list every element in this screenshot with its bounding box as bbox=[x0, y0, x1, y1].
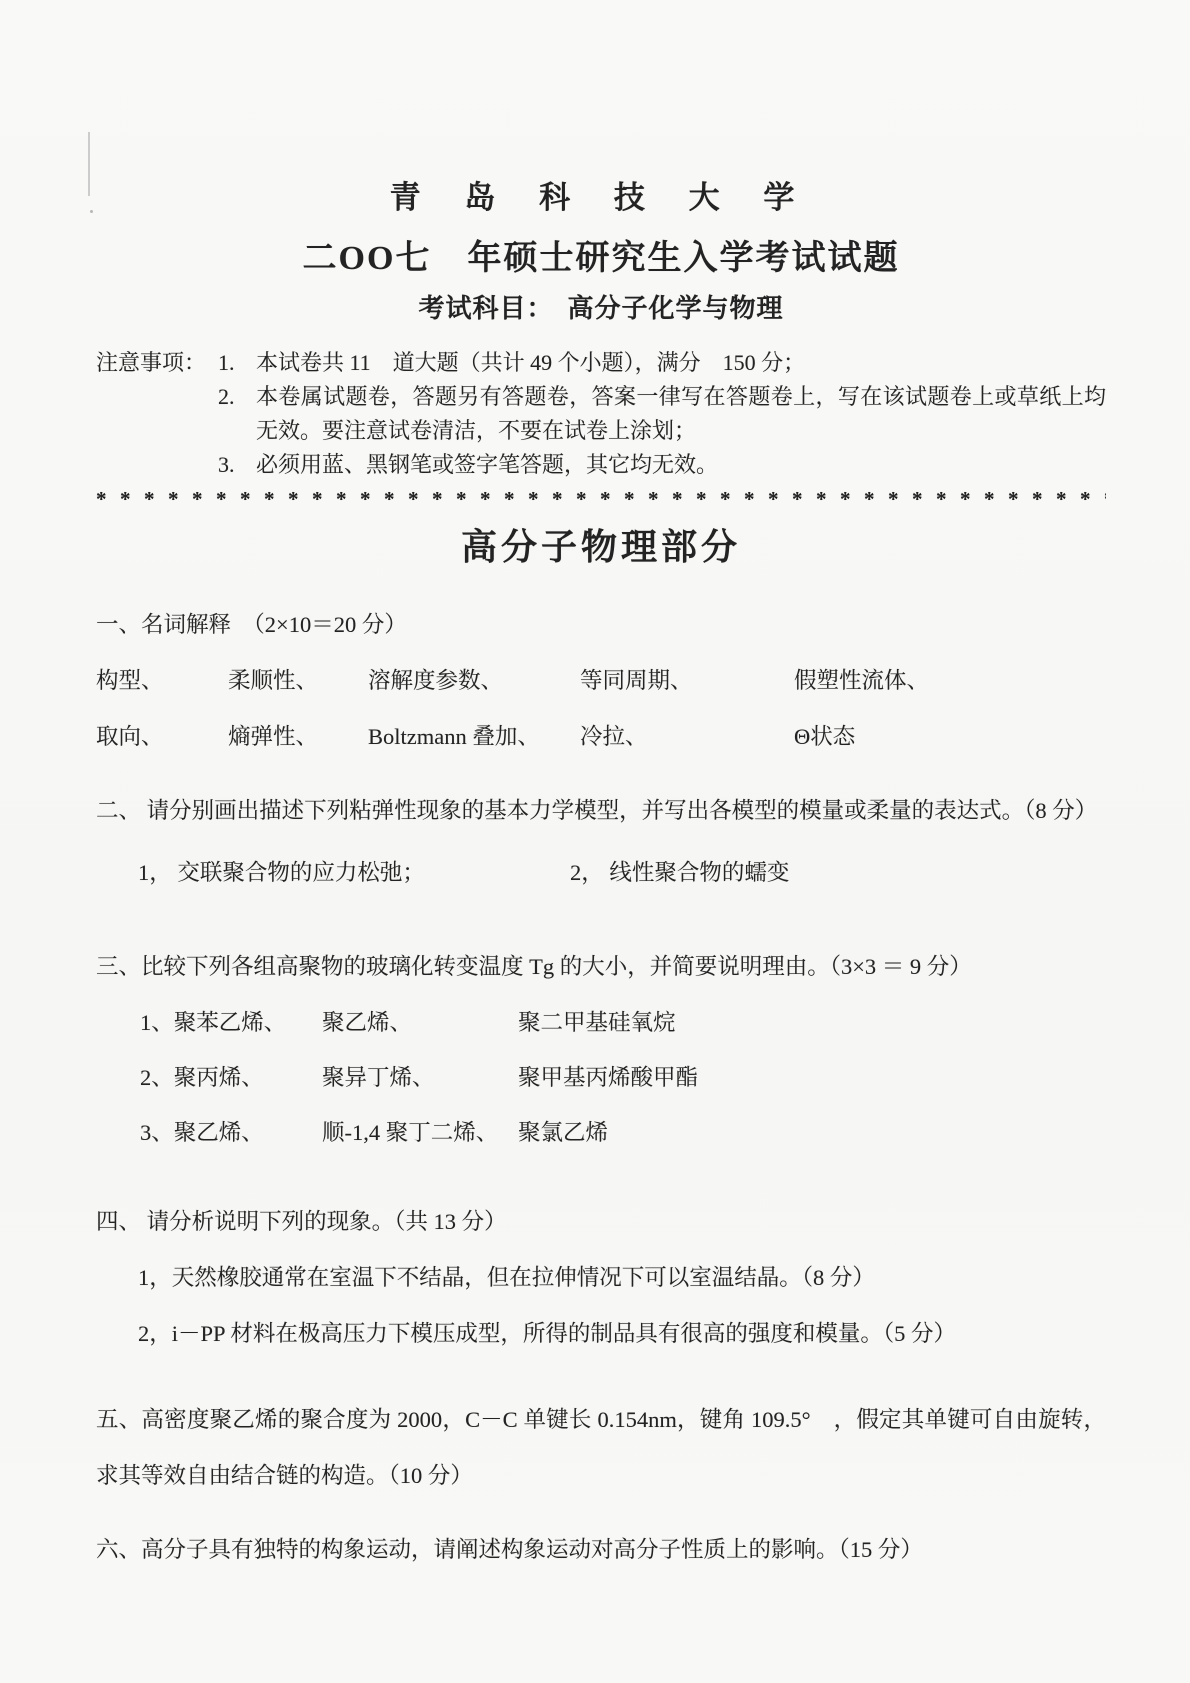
question-1: 一、名词解释 （2×10＝20 分） 构型、 柔顺性、 溶解度参数、 等同周期、… bbox=[96, 597, 1106, 765]
term-item: Boltzmann 叠加、 bbox=[368, 709, 580, 765]
term-item: 熵弹性、 bbox=[228, 709, 368, 765]
notice-label: 注意事项： bbox=[96, 346, 218, 482]
question-3-stem: 三、比较下列各组高聚物的玻璃化转变温度 Tg 的大小，并简要说明理由。（3×3 … bbox=[96, 939, 1106, 995]
notice-block: 注意事项： 1. 本试卷共 11 道大题（共计 49 个小题），满分 150 分… bbox=[96, 346, 1106, 482]
sub-item: 2，i－PP 材料在极高压力下模压成型，所得的制品具有很高的强度和模量。（5 分… bbox=[96, 1306, 1106, 1362]
polymer-item: 1、聚苯乙烯、 bbox=[140, 995, 322, 1050]
scan-artifact-line bbox=[88, 132, 90, 196]
sub-item: 1， 交联聚合物的应力松弛； bbox=[138, 845, 570, 901]
asterisk-separator: ****************************************… bbox=[96, 487, 1106, 512]
question-5-stem: 五、高密度聚乙烯的聚合度为 2000，C－C 单键长 0.154nm，键角 10… bbox=[96, 1392, 1106, 1504]
term-item: 取向、 bbox=[96, 709, 228, 765]
polymer-item: 3、聚乙烯、 bbox=[140, 1105, 322, 1160]
question-1-terms-row: 构型、 柔顺性、 溶解度参数、 等同周期、 假塑性流体、 bbox=[96, 653, 1106, 709]
notice-item-text: 本试卷共 11 道大题（共计 49 个小题），满分 150 分； bbox=[256, 346, 1106, 380]
question-3: 三、比较下列各组高聚物的玻璃化转变温度 Tg 的大小，并简要说明理由。（3×3 … bbox=[96, 939, 1106, 1160]
sub-item: 1，天然橡胶通常在室温下不结晶，但在拉伸情况下可以室温结晶。（8 分） bbox=[96, 1250, 1106, 1306]
term-item: 构型、 bbox=[96, 653, 228, 709]
notice-items: 1. 本试卷共 11 道大题（共计 49 个小题），满分 150 分； 2. 本… bbox=[218, 346, 1106, 482]
term-item: 等同周期、 bbox=[580, 653, 794, 709]
notice-item-number: 1. bbox=[218, 346, 256, 380]
term-item: 柔顺性、 bbox=[228, 653, 368, 709]
term-item: 溶解度参数、 bbox=[368, 653, 580, 709]
notice-item: 1. 本试卷共 11 道大题（共计 49 个小题），满分 150 分； bbox=[218, 346, 1106, 380]
question-5: 五、高密度聚乙烯的聚合度为 2000，C－C 单键长 0.154nm，键角 10… bbox=[96, 1392, 1106, 1504]
question-2: 二、 请分别画出描述下列粘弹性现象的基本力学模型，并写出各模型的模量或柔量的表达… bbox=[96, 783, 1106, 901]
polymer-item: 聚氯乙烯 bbox=[518, 1105, 1106, 1160]
question-1-terms-row: 取向、 熵弹性、 Boltzmann 叠加、 冷拉、 Θ状态 bbox=[96, 709, 1106, 765]
polymer-item: 聚甲基丙烯酸甲酯 bbox=[518, 1050, 1106, 1105]
question-4: 四、 请分析说明下列的现象。（共 13 分） 1，天然橡胶通常在室温下不结晶，但… bbox=[96, 1194, 1106, 1362]
term-item: 冷拉、 bbox=[580, 709, 794, 765]
polymer-item: 聚异丁烯、 bbox=[322, 1050, 518, 1105]
polymer-item: 顺-1,4 聚丁二烯、 bbox=[322, 1105, 518, 1160]
notice-item: 2. 本卷属试题卷，答题另有答题卷，答案一律写在答题卷上，写在该试题卷上或草纸上… bbox=[218, 380, 1106, 448]
question-2-subitems: 1， 交联聚合物的应力松弛； 2， 线性聚合物的蠕变 bbox=[96, 845, 1106, 901]
sub-item: 2， 线性聚合物的蠕变 bbox=[570, 845, 789, 901]
polymer-item: 聚二甲基硅氧烷 bbox=[518, 995, 1106, 1050]
question-3-row: 3、聚乙烯、 顺-1,4 聚丁二烯、 聚氯乙烯 bbox=[96, 1105, 1106, 1160]
exam-title: 二OO七 年硕士研究生入学考试试题 bbox=[96, 230, 1106, 279]
polymer-item: 聚乙烯、 bbox=[322, 995, 518, 1050]
notice-item-number: 3. bbox=[218, 448, 256, 482]
term-item: Θ状态 bbox=[794, 709, 1106, 765]
question-6-stem: 六、高分子具有独特的构象运动，请阐述构象运动对高分子性质上的影响。（15 分） bbox=[96, 1522, 1106, 1578]
term-item: 假塑性流体、 bbox=[794, 653, 1106, 709]
notice-item-text: 必须用蓝、黑钢笔或签字笔答题，其它均无效。 bbox=[256, 448, 1106, 482]
notice-item-number: 2. bbox=[218, 380, 256, 448]
question-1-stem: 一、名词解释 （2×10＝20 分） bbox=[96, 597, 1106, 653]
scan-artifact-dot bbox=[90, 210, 93, 213]
question-4-stem: 四、 请分析说明下列的现象。（共 13 分） bbox=[96, 1194, 1106, 1250]
section-title: 高分子物理部分 bbox=[96, 519, 1106, 570]
notice-item-text: 本卷属试题卷，答题另有答题卷，答案一律写在答题卷上，写在该试题卷上或草纸上均无效… bbox=[256, 380, 1106, 448]
polymer-item: 2、聚丙烯、 bbox=[140, 1050, 322, 1105]
question-6: 六、高分子具有独特的构象运动，请阐述构象运动对高分子性质上的影响。（15 分） bbox=[96, 1522, 1106, 1578]
question-3-row: 1、聚苯乙烯、 聚乙烯、 聚二甲基硅氧烷 bbox=[96, 995, 1106, 1050]
university-title: 青 岛 科 技 大 学 bbox=[96, 172, 1106, 217]
question-2-stem: 二、 请分别画出描述下列粘弹性现象的基本力学模型，并写出各模型的模量或柔量的表达… bbox=[96, 783, 1106, 839]
notice-item: 3. 必须用蓝、黑钢笔或签字笔答题，其它均无效。 bbox=[218, 448, 1106, 482]
exam-subject: 考试科目： 高分子化学与物理 bbox=[96, 288, 1106, 325]
question-3-row: 2、聚丙烯、 聚异丁烯、 聚甲基丙烯酸甲酯 bbox=[96, 1050, 1106, 1105]
exam-paper-page: 青 岛 科 技 大 学 二OO七 年硕士研究生入学考试试题 考试科目： 高分子化… bbox=[0, 0, 1190, 1683]
